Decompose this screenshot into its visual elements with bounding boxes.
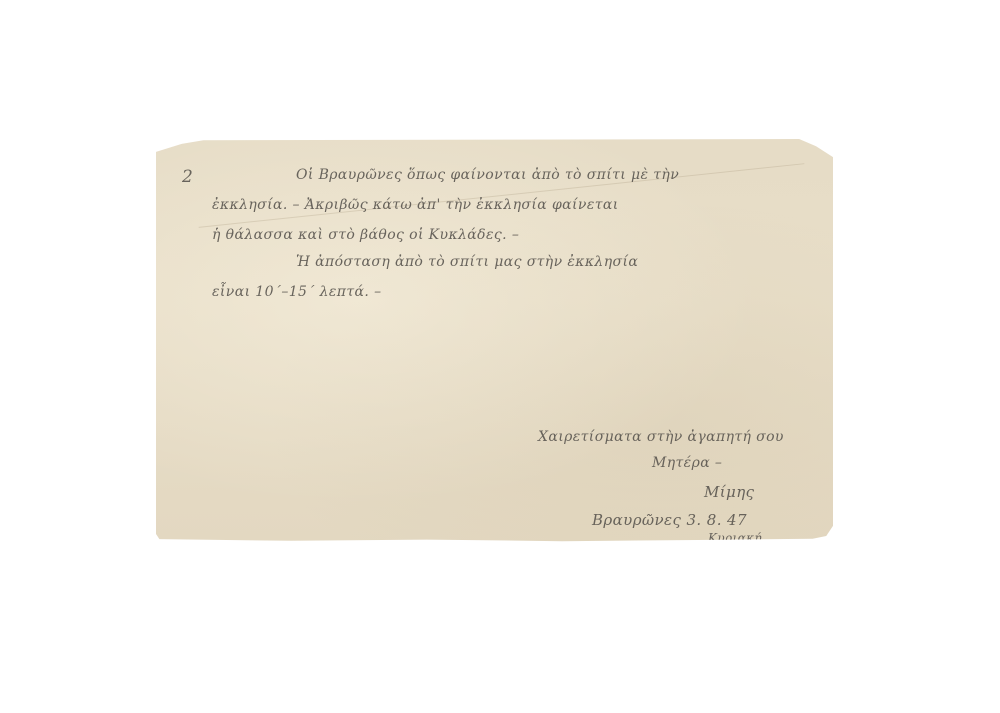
body-line-3: ἡ θάλασσα καὶ στὸ βάθος οἱ Κυκλάδες. – bbox=[212, 227, 519, 243]
signature: Μίμης bbox=[704, 483, 754, 501]
body-line-4: Ἡ ἀπόσταση ἀπὸ τὸ σπίτι μας στὴν ἐκκλησί… bbox=[296, 254, 638, 270]
closing-greeting-line-2: Μητέρα – bbox=[652, 455, 722, 471]
body-line-1: Οἱ Βραυρῶνες ὅπως φαίνονται ἀπὸ τὸ σπίτι… bbox=[296, 167, 679, 183]
body-line-5: εἶναι 10΄–15΄ λεπτά. – bbox=[212, 284, 381, 300]
place-and-date: Βραυρῶνες 3. 8. 47 bbox=[592, 511, 747, 529]
body-line-2: ἐκκλησία. – Ἀκριβῶς κάτω ἀπ' τὴν ἐκκλησί… bbox=[212, 197, 619, 213]
handwritten-letter-page: 2 Οἱ Βραυρῶνες ὅπως φαίνονται ἀπὸ τὸ σπί… bbox=[156, 139, 833, 542]
weekday: Κυριακή bbox=[708, 531, 762, 545]
closing-greeting-line-1: Χαιρετίσματα στὴν ἀγαπητή σου bbox=[538, 429, 784, 445]
page-number: 2 bbox=[182, 167, 193, 187]
